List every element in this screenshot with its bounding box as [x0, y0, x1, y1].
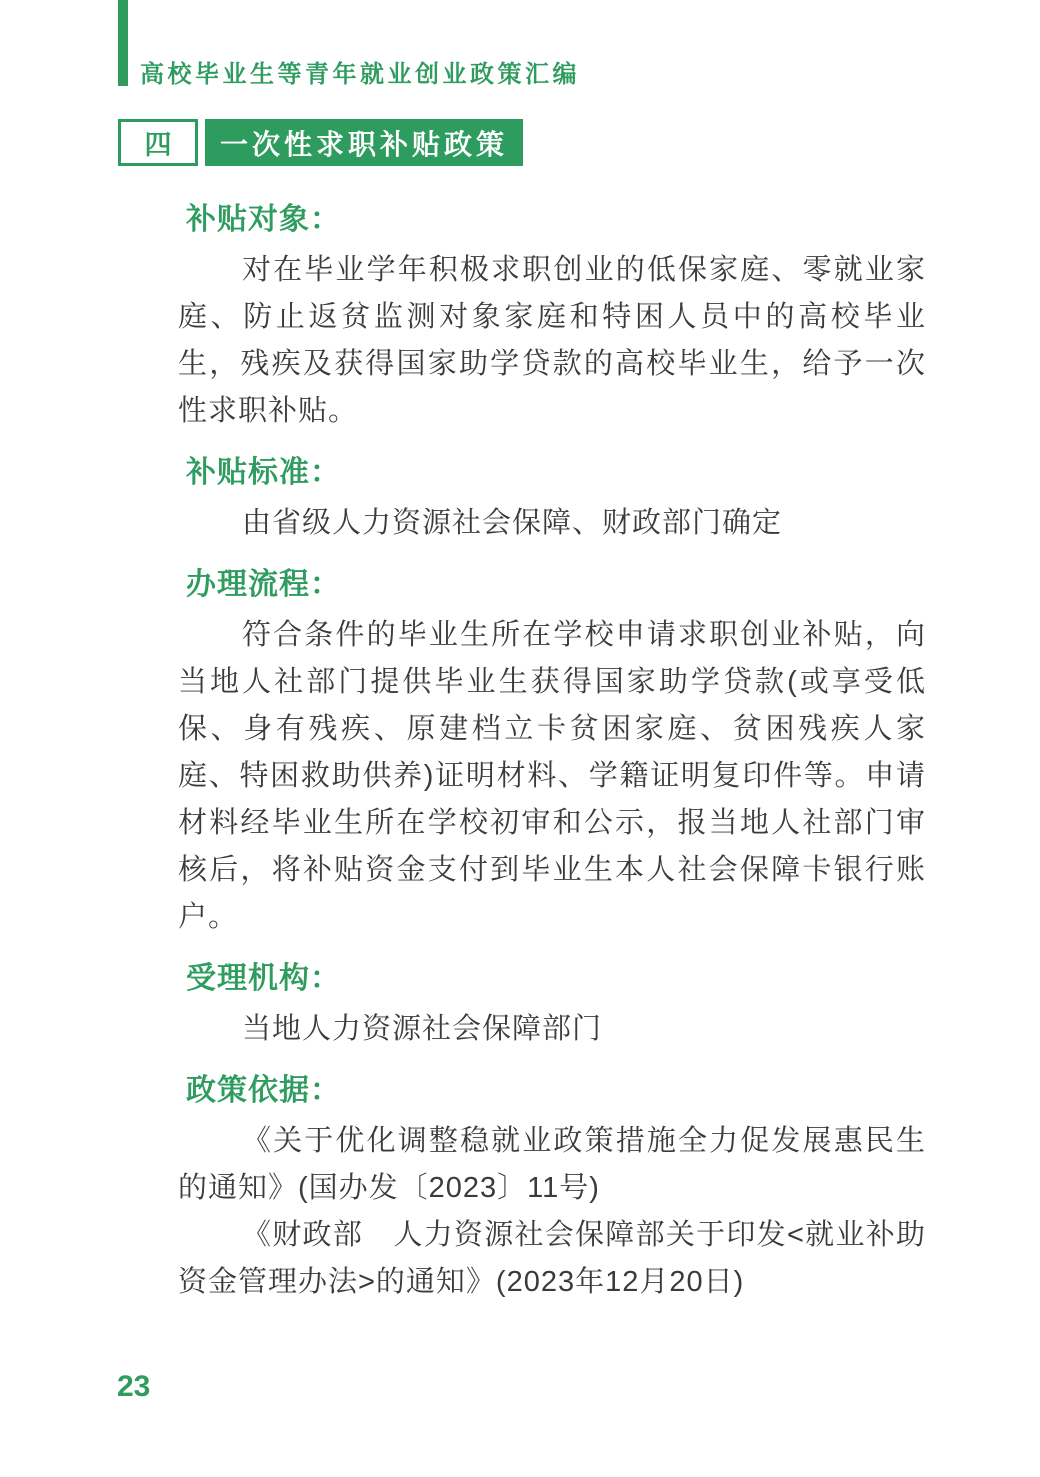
section-badge: 四 一次性求职补贴政策	[118, 119, 523, 166]
policy-section-accepting-agency: 受理机构： 当地人力资源社会保障部门	[178, 955, 926, 1053]
section-heading: 政策依据：	[186, 1067, 926, 1114]
content-area: 补贴对象： 对在毕业学年积极求职创业的低保家庭、零就业家庭、防止返贫监测对象家庭…	[178, 196, 926, 1306]
section-paragraph: 当地人力资源社会保障部门	[178, 1006, 926, 1053]
document-page: 高校毕业生等青年就业创业政策汇编 四 一次性求职补贴政策 补贴对象： 对在毕业学…	[0, 0, 1040, 1477]
section-heading: 受理机构：	[186, 955, 926, 1002]
policy-section-subsidy-standard: 补贴标准： 由省级人力资源社会保障、财政部门确定	[178, 449, 926, 547]
section-heading: 补贴标准：	[186, 449, 926, 496]
section-heading: 办理流程：	[186, 561, 926, 608]
section-title-badge: 一次性求职补贴政策	[205, 119, 523, 166]
section-paragraph: 对在毕业学年积极求职创业的低保家庭、零就业家庭、防止返贫监测对象家庭和特困人员中…	[178, 247, 926, 435]
section-paragraph: 《财政部 人力资源社会保障部关于印发<就业补助资金管理办法>的通知》(2023年…	[178, 1212, 926, 1306]
section-paragraph: 《关于优化调整稳就业政策措施全力促发展惠民生的通知》(国办发〔2023〕11号)	[178, 1118, 926, 1212]
policy-section-procedure: 办理流程： 符合条件的毕业生所在学校申请求职创业补贴，向当地人社部门提供毕业生获…	[178, 561, 926, 941]
section-paragraph: 由省级人力资源社会保障、财政部门确定	[178, 500, 926, 547]
policy-section-subsidy-target: 补贴对象： 对在毕业学年积极求职创业的低保家庭、零就业家庭、防止返贫监测对象家庭…	[178, 196, 926, 435]
section-number-badge: 四	[118, 119, 198, 166]
policy-section-policy-basis: 政策依据： 《关于优化调整稳就业政策措施全力促发展惠民生的通知》(国办发〔202…	[178, 1067, 926, 1306]
section-heading: 补贴对象：	[186, 196, 926, 243]
header-accent-bar	[118, 0, 128, 86]
section-paragraph: 符合条件的毕业生所在学校申请求职创业补贴，向当地人社部门提供毕业生获得国家助学贷…	[178, 612, 926, 941]
page-header-title: 高校毕业生等青年就业创业政策汇编	[140, 54, 580, 89]
page-number: 23	[117, 1370, 150, 1404]
